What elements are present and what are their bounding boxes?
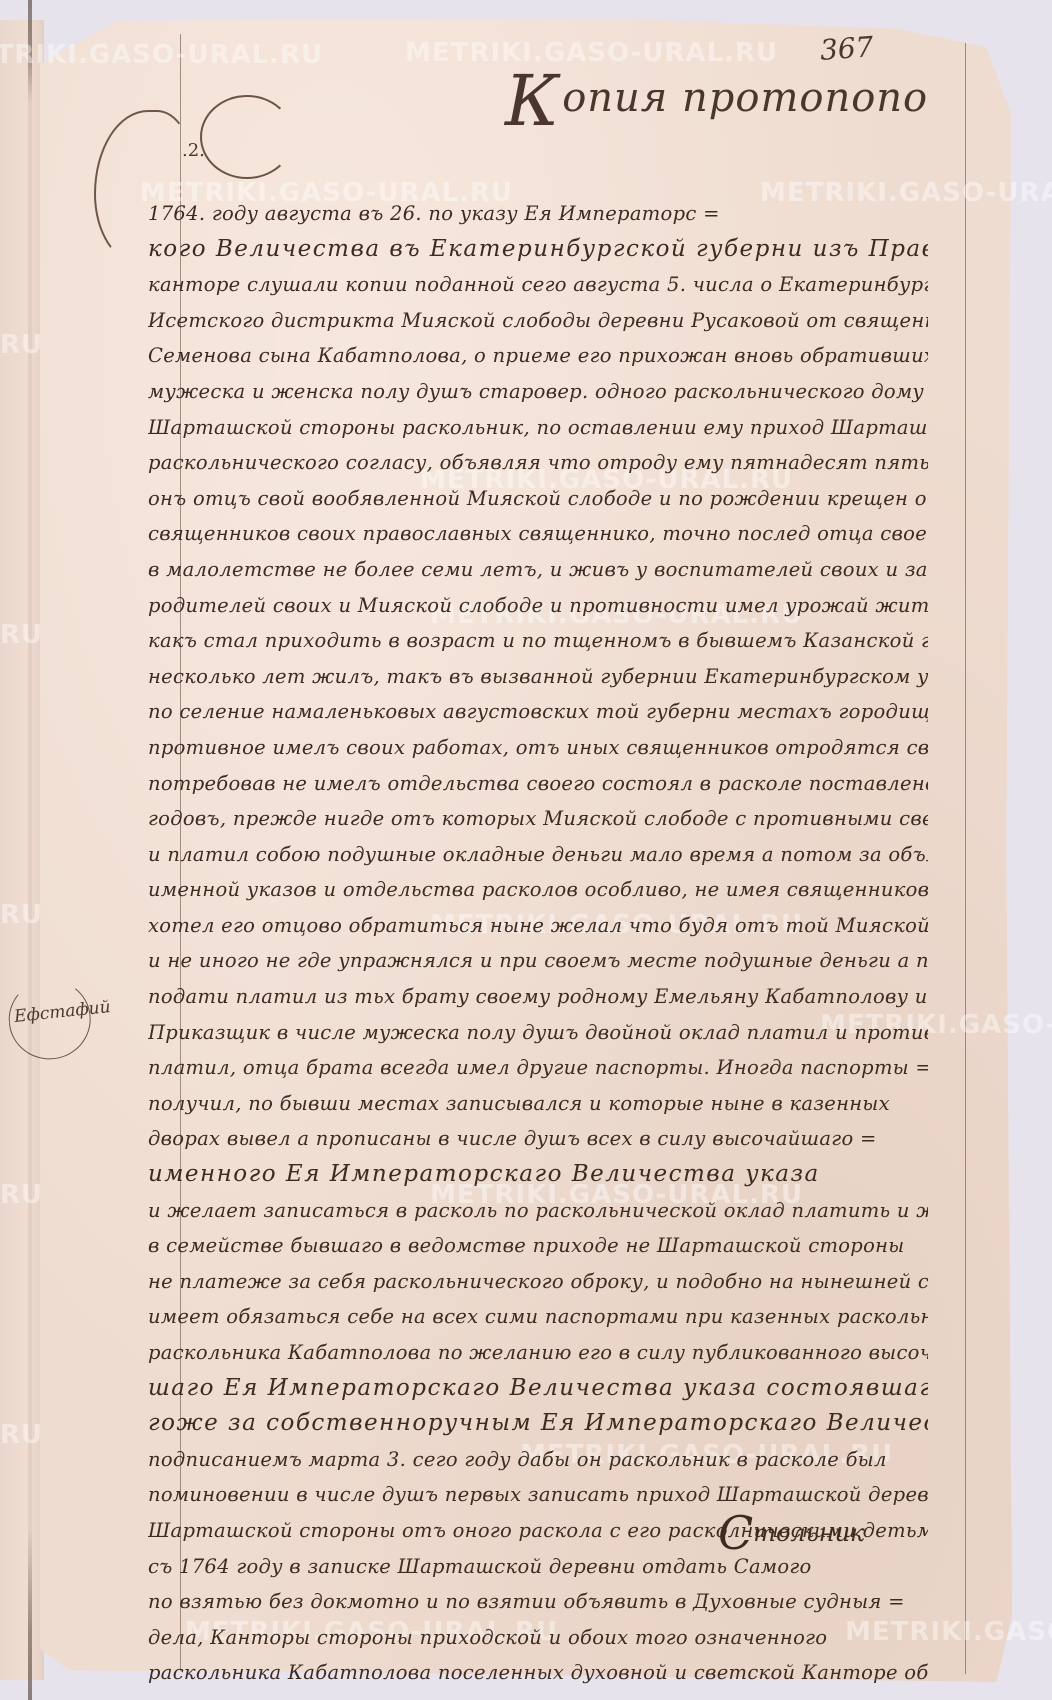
text-line: кого Величества въ Екатеринбургской губе… <box>148 232 928 268</box>
signature: Стольник <box>718 1506 864 1560</box>
text-line: именного Ея Императорскаго Величества ук… <box>148 1157 928 1193</box>
title-rest: опия протопопо <box>562 75 928 121</box>
text-line: раскольника Кабатполова поселенных духов… <box>148 1655 928 1691</box>
document-title: Копия протопопо <box>505 60 928 142</box>
text-line: несколько лет жилъ, такъ въ вызванной гу… <box>148 659 928 695</box>
leaf-marker: .2. <box>182 140 205 161</box>
text-line: годовъ, прежде нигде отъ которых Мияской… <box>148 801 928 837</box>
text-line: шаго Ея Императорскаго Величества указа … <box>148 1371 928 1407</box>
text-line: и желает записаться в расколь по расколь… <box>148 1193 928 1229</box>
text-line: потребовав не имелъ отдельства своего со… <box>148 766 928 802</box>
text-line: именной указов и отдельства расколов осо… <box>148 872 928 908</box>
right-margin-rule <box>965 34 966 1674</box>
text-line: раскольнического согласу, объявляя что о… <box>148 445 928 481</box>
text-line: подати платил из тьх брату своему родном… <box>148 979 928 1015</box>
text-line: священников своих православных священник… <box>148 516 928 552</box>
text-line: Семенова сына Кабатполова, о приеме его … <box>148 338 928 374</box>
text-line: противное имелъ своих работах, отъ иных … <box>148 730 928 766</box>
text-line: Приказщик в числе мужеска полу душъ двой… <box>148 1015 928 1051</box>
text-line: в малолетстве не более семи летъ, и живъ… <box>148 552 928 588</box>
text-line: и не иного не где упражнялся и при своем… <box>148 943 928 979</box>
text-line: Шарташской стороны раскольник, по оставл… <box>148 410 928 446</box>
text-line: дворах вывел а прописаны в числе душъ вс… <box>148 1121 928 1157</box>
text-line: какъ стал приходить в возраст и по тщенн… <box>148 623 928 659</box>
text-line: родителей своих и Мияской слободе и прот… <box>148 588 928 624</box>
text-line: платил, отца брата всегда имел другие па… <box>148 1050 928 1086</box>
book-spine <box>28 0 32 1700</box>
document-body: 1764. году августа въ 26. по указу Ея Им… <box>148 196 928 1691</box>
title-initial: К <box>505 60 560 142</box>
text-line: имеет обязаться себе на всех сими паспор… <box>148 1299 928 1335</box>
text-line: получил, по бывши местах записывался и к… <box>148 1086 928 1122</box>
text-line: 1764. году августа въ 26. по указу Ея Им… <box>148 196 928 232</box>
text-line: Исетского дистрикта Мияской слободы дере… <box>148 303 928 339</box>
text-line: мужеска и женска полу душъ старовер. одн… <box>148 374 928 410</box>
text-line: раскольника Кабатполова по желанию его в… <box>148 1335 928 1371</box>
text-line: по селение намаленьковых августовских то… <box>148 694 928 730</box>
signature-initial: С <box>718 1506 753 1560</box>
decorative-flourish-circle <box>200 95 294 179</box>
text-line: онъ отцъ свой вообявленной Мияской слобо… <box>148 481 928 517</box>
text-line: канторе слушали копии поданной сего авгу… <box>148 267 928 303</box>
text-line: хотел его отцово обратиться ныне желал ч… <box>148 908 928 944</box>
adjacent-page-edge <box>0 20 44 1680</box>
text-line: не платеже за себя раскольнического обро… <box>148 1264 928 1300</box>
text-line: подписаниемъ марта 3. сего году дабы он … <box>148 1442 928 1478</box>
text-line: дела, Канторы стороны приходской и обоих… <box>148 1620 928 1656</box>
signature-rest: тольник <box>753 1519 864 1547</box>
text-line: гоже за собственноручным Ея Императорска… <box>148 1406 928 1442</box>
text-line: и платил собою подушные окладные деньги … <box>148 837 928 873</box>
text-line: по взятью без докмотно и по взятии объяв… <box>148 1584 928 1620</box>
text-line: в семействе бывшаго в ведомстве приходе … <box>148 1228 928 1264</box>
